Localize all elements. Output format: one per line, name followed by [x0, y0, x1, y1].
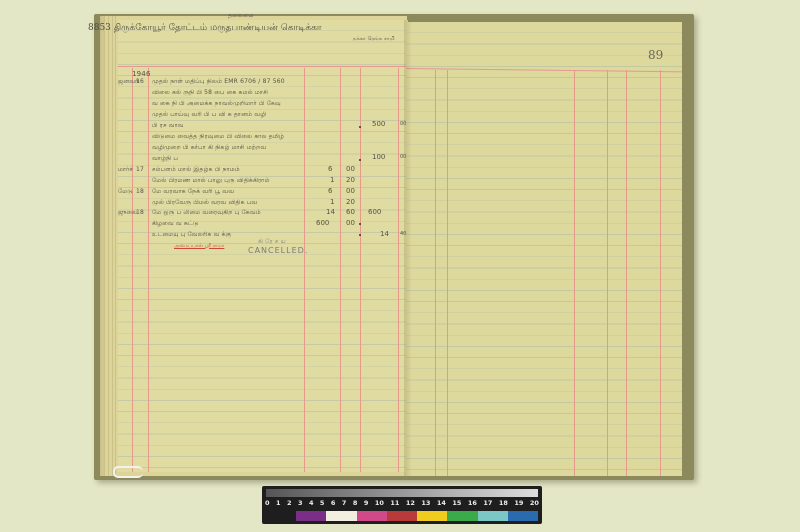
- entry-text: வ கை நி பி அமைக்க நாவல்முறிமார் பி கேவு: [152, 100, 281, 108]
- entry-day: 17: [136, 166, 144, 173]
- swatch-purple: [296, 511, 326, 521]
- entry-amount-paise: 00: [346, 165, 355, 173]
- cancelled-stamp: CANCELLED.: [248, 246, 308, 255]
- date-column-rule: [132, 68, 133, 472]
- entry-day: 18: [136, 188, 144, 195]
- tick-label: 15: [452, 499, 461, 509]
- gray-ruler: [266, 489, 538, 497]
- date-column-rule: [435, 70, 436, 476]
- entry-date: மார்ச்: [118, 166, 133, 174]
- day-column-rule: [148, 68, 149, 472]
- entry-text: பி ரச வாவ: [152, 122, 184, 130]
- entry-total: 500: [372, 120, 385, 128]
- page-number: 89: [648, 48, 663, 62]
- entry-text: விலை கல் ருநி பி 58 பை கை கமல் மாசி: [152, 89, 268, 97]
- tick-label: 17: [483, 499, 492, 509]
- year-label: 1946: [132, 70, 151, 78]
- particulars-column-rule: [574, 70, 575, 476]
- swatch-red: [387, 511, 417, 521]
- color-scale-bar: 0 1 2 3 4 5 6 7 8 9 10 11 12 13 14 15 16…: [262, 486, 542, 524]
- entry-date: ஜுலை: [118, 209, 137, 217]
- entry-text: உடமையு பு வேலரிக வ க்கு: [152, 231, 231, 239]
- entry-amount: 6: [328, 187, 332, 195]
- entry-text: வழிமுறை பி கர்பா கி நிகழ் மாசி மற்றவ: [152, 144, 266, 152]
- swatch-magenta: [357, 511, 387, 521]
- tick-label: 10: [375, 499, 384, 509]
- tick-label: 12: [406, 499, 415, 509]
- entry-amount: 1: [330, 198, 334, 206]
- amount-column-rule: [607, 70, 608, 476]
- entry-total: 100: [372, 153, 385, 161]
- entry-text: மே வரவாக நேக் வரி பூ வவ: [152, 188, 234, 196]
- row-marker: [359, 126, 361, 128]
- entry-day: 16: [136, 78, 144, 85]
- tick-label: 20: [530, 499, 539, 509]
- tick-label: 5: [320, 499, 325, 509]
- entry-total: 600: [368, 208, 381, 216]
- ledger-header-title: 8853 திருக்கோயூர் தோட்டம் மருதபாண்டியன் …: [88, 23, 322, 34]
- left-page: தலைமை 8853 திருக்கோயூர் தோட்டம் மருதபாண்…: [118, 20, 408, 472]
- tick-label: 13: [421, 499, 430, 509]
- entry-text: வாழ்நி ப: [152, 155, 178, 163]
- row-marker: [359, 223, 361, 225]
- ruler-ticks: 0 1 2 3 4 5 6 7 8 9 10 11 12 13 14 15 16…: [265, 499, 539, 509]
- color-swatches: [266, 511, 538, 521]
- entry-amount: 600: [316, 219, 329, 227]
- entry-text: முதல் பாய்வு வரி பி ப வி க தானம் வழி: [152, 111, 266, 119]
- row-marker: [359, 234, 361, 236]
- tick-label: 2: [287, 499, 292, 509]
- tick-label: 6: [331, 499, 336, 509]
- swatch-green: [447, 511, 477, 521]
- entry-amount-paise: 20: [346, 198, 355, 206]
- entry-text: மேல் பிரமண மால் பாலு புரு விதிக்கிராம்: [152, 177, 270, 185]
- swatch-black: [266, 511, 296, 521]
- tick-label: 11: [390, 499, 399, 509]
- right-page: 89: [406, 22, 682, 476]
- total-column-rule: [660, 70, 661, 476]
- amount-column-rule: [340, 68, 341, 472]
- tick-label: 1: [276, 499, 281, 509]
- entry-amount-paise: 00: [346, 219, 355, 227]
- entry-text: மே ஒரு ப லிமை வரைவுகிற பு கேவம்: [152, 209, 261, 217]
- entry-text: விடுமை வைத்த நிரவுமை பி விலை கால தமிழ்: [152, 133, 284, 141]
- tick-label: 3: [298, 499, 303, 509]
- entry-amount-paise: 60: [346, 208, 355, 216]
- row-marker: [359, 159, 361, 161]
- entry-text: சம்பளம் மால் இதழ்க பி நாமம்: [152, 166, 240, 174]
- swatch-white: [326, 511, 356, 521]
- paise-column-rule: [360, 68, 361, 472]
- signature: கி ரே ச ய: [258, 238, 286, 246]
- entry-amount: 14: [326, 208, 335, 216]
- tick-label: 16: [468, 499, 477, 509]
- ledger-header-subtitle: நக்கா ரெங்க சாமி: [353, 36, 395, 42]
- tick-label: 7: [342, 499, 347, 509]
- day-column-rule: [447, 70, 448, 476]
- book-gutter: [404, 20, 412, 476]
- entry-amount-paise: 20: [346, 176, 355, 184]
- tick-label: 14: [437, 499, 446, 509]
- header-rule: [118, 66, 408, 67]
- swatch-blue: [508, 511, 538, 521]
- paise-column-rule: [626, 70, 627, 476]
- tick-label: 19: [514, 499, 523, 509]
- entry-text: முதல் நாள் மதிப்பு நிலம் EMR 6706 / 87 5…: [152, 78, 285, 86]
- tick-label: 4: [309, 499, 314, 509]
- entry-date: மேடு: [118, 188, 133, 196]
- tick-label: 9: [364, 499, 369, 509]
- tick-label: 0: [265, 499, 270, 509]
- total-column-rule: [398, 68, 399, 472]
- entry-amount: 1: [330, 176, 334, 184]
- entry-text: முல் பிரவேரு பிமல் வரவ விதிக பவ: [152, 199, 257, 207]
- entry-day: 18: [136, 209, 144, 216]
- entry-text: கிழவை வ கட்டு: [152, 220, 199, 228]
- entry-amount: 6: [328, 165, 332, 173]
- paper-clip: [113, 466, 143, 478]
- entry-total: 14: [380, 230, 389, 238]
- particulars-column-rule: [304, 68, 305, 472]
- tick-label: 8: [353, 499, 358, 509]
- tick-label: 18: [499, 499, 508, 509]
- red-signature: அமைப்பாள் ஸ்ரீ ராமா: [174, 243, 224, 249]
- swatch-cyan: [478, 511, 508, 521]
- header-small-text: தலைமை: [228, 12, 254, 20]
- swatch-yellow: [417, 511, 447, 521]
- entry-amount-paise: 00: [346, 187, 355, 195]
